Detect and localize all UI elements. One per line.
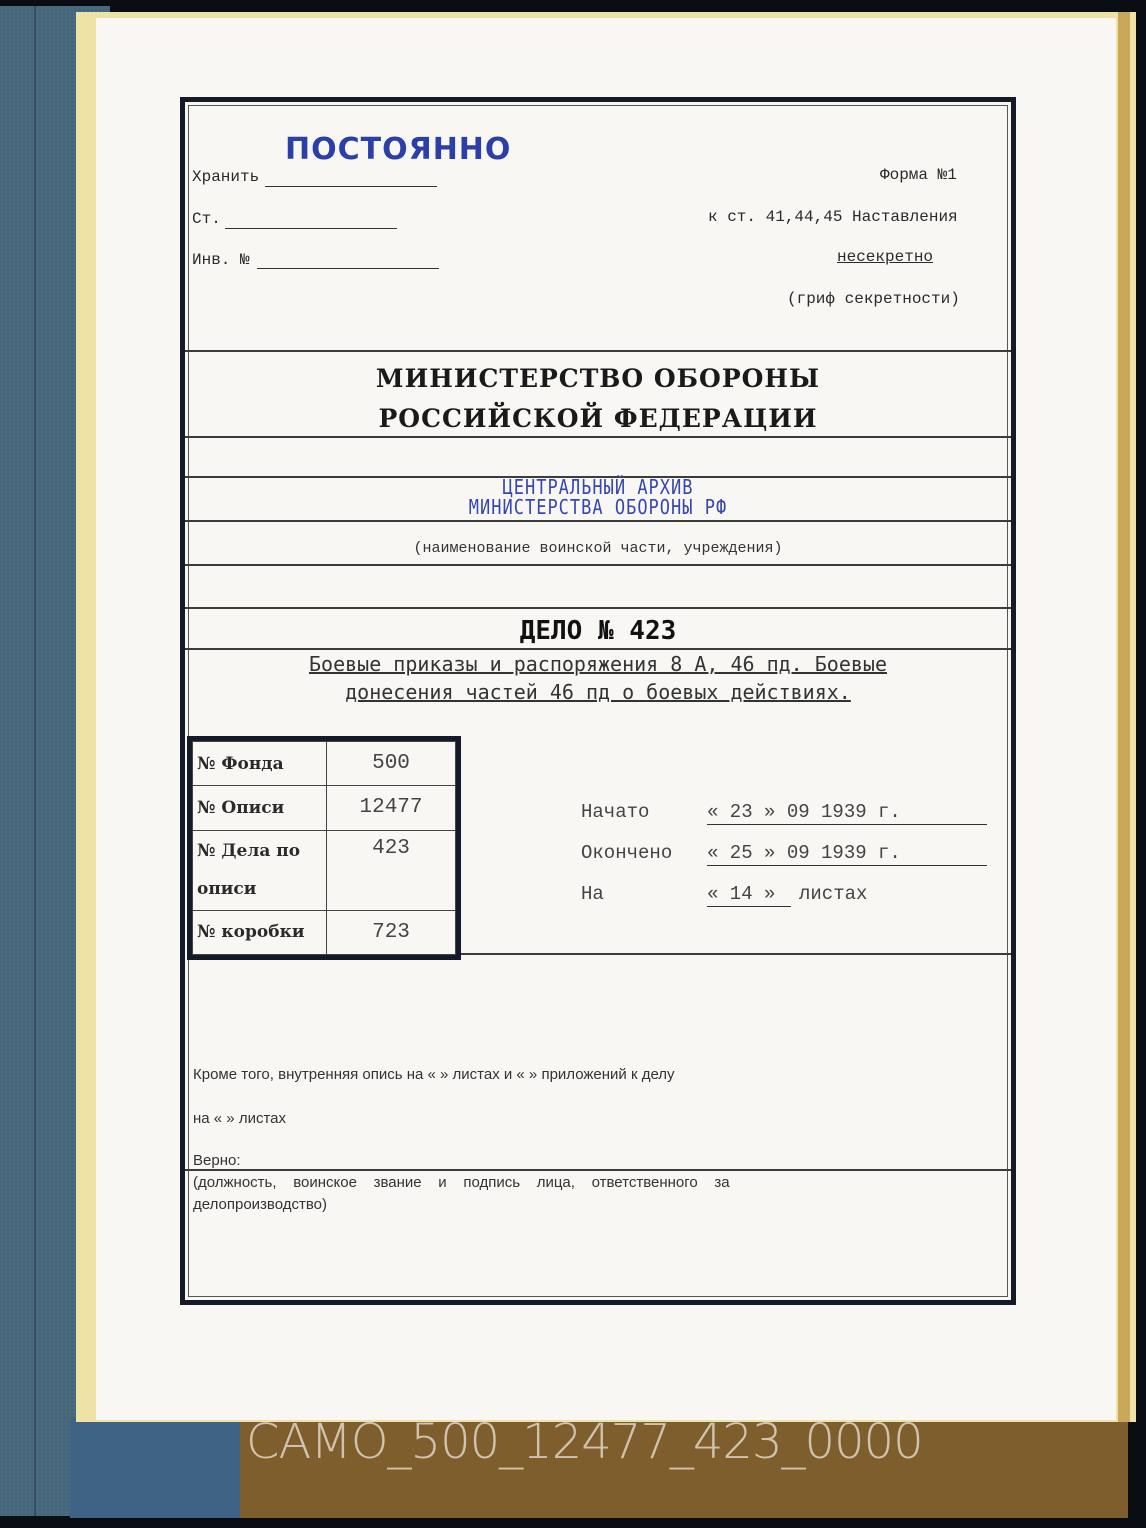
- started-label: Начато: [581, 801, 649, 823]
- sheets-suffix: листах: [799, 883, 867, 905]
- delo-value: 423: [327, 830, 456, 910]
- article-field-line: [225, 228, 397, 229]
- opis-label: № Описи: [193, 786, 327, 830]
- archive-stamp-line2: МИНИСТЕРСТВА ОБОРОНЫ РФ: [185, 496, 1011, 520]
- box-value: 723: [327, 910, 456, 954]
- responsible-caption-line1: (должность, воинское звание и подпись ли…: [193, 1174, 730, 1191]
- divider: [461, 953, 1011, 955]
- case-title: ДЕЛО № 423: [185, 616, 1011, 646]
- divider: [185, 436, 1011, 438]
- verified-label: Верно:: [193, 1152, 240, 1169]
- folder-cover-blue: [70, 1418, 242, 1518]
- institution-caption: (наименование воинской части, учреждения…: [185, 540, 1011, 557]
- started-underline: [707, 824, 987, 825]
- table-row: № Дела по описи 423: [193, 830, 456, 910]
- form-reference: к ст. 41,44,45 Наставления: [708, 208, 958, 226]
- ended-underline: [707, 865, 987, 866]
- sheets-underline: [707, 906, 791, 907]
- classification-caption: (гриф секретности): [787, 290, 960, 308]
- case-subject-line2: донесения частей 46 пд о боевых действия…: [185, 680, 1011, 704]
- responsible-caption-line2: делопроизводство): [193, 1196, 327, 1213]
- form-frame: ПОСТОЯННО Хранить Ст. Инв. № Форма №1 к …: [180, 97, 1016, 1305]
- table-row: № Описи 12477: [193, 786, 456, 830]
- divider: [185, 1169, 1011, 1171]
- additional-line2: на « » листах: [193, 1110, 286, 1127]
- ended-label: Окончено: [581, 842, 672, 864]
- sheets-label: На: [581, 883, 604, 905]
- ministry-line2: РОССИЙСКОЙ ФЕДЕРАЦИИ: [185, 404, 1011, 433]
- fond-value: 500: [327, 742, 456, 786]
- inventory-field-line: [257, 268, 439, 269]
- box-label: № коробки: [193, 910, 327, 954]
- divider: [185, 648, 1011, 650]
- divider: [185, 520, 1011, 522]
- table-row: № коробки 723: [193, 910, 456, 954]
- keep-label: Хранить: [192, 168, 259, 186]
- article-label: Ст.: [192, 210, 221, 228]
- case-subject-line1: Боевые приказы и распоряжения 8 А, 46 пд…: [185, 652, 1011, 676]
- table-row: № Фонда 500: [193, 742, 456, 786]
- fond-label: № Фонда: [193, 742, 327, 786]
- scan-watermark: CAMO_500_12477_423_0000: [246, 1414, 923, 1470]
- sheets-value: « 14 »: [707, 883, 775, 905]
- inventory-label: Инв. №: [192, 251, 250, 269]
- form-label: Форма №1: [880, 166, 957, 184]
- additional-line1: Кроме того, внутренняя опись на « » лист…: [193, 1066, 675, 1083]
- divider: [185, 607, 1011, 609]
- backing-sheet-edge: [1118, 12, 1130, 1422]
- keep-field-line: [265, 186, 437, 187]
- delo-label: № Дела по описи: [193, 830, 327, 910]
- ended-value: « 25 » 09 1939 г.: [707, 842, 901, 864]
- classification-value: несекретно: [837, 248, 933, 266]
- started-value: « 23 » 09 1939 г.: [707, 801, 901, 823]
- opis-value: 12477: [327, 786, 456, 830]
- divider: [185, 564, 1011, 566]
- divider: [185, 350, 1011, 352]
- stamp-permanent: ПОСТОЯННО: [285, 132, 511, 167]
- ministry-line1: МИНИСТЕРСТВО ОБОРОНЫ: [185, 364, 1011, 393]
- spine-crease: [34, 6, 36, 1516]
- archive-meta-table: № Фонда 500 № Описи 12477 № Дела по опис…: [187, 736, 461, 960]
